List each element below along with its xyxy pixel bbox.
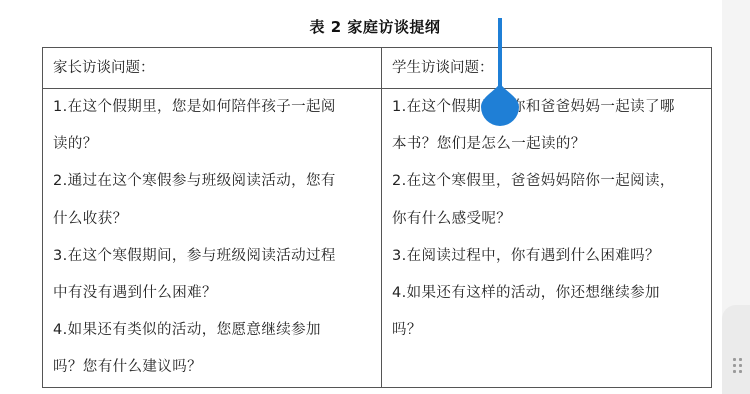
text-line: 1.在这个假期里，您是如何陪伴孩子一起阅: [53, 89, 371, 126]
grip-dots-icon[interactable]: [733, 358, 743, 374]
text-line: 什么收获？: [53, 201, 371, 238]
text-line: 4.如果还有类似的活动，您愿意继续参加: [53, 312, 371, 349]
text-line: 2.通过在这个寒假参与班级阅读活动，您有: [53, 163, 371, 200]
interview-outline-table: 家长访谈问题： 学生访谈问题： 1.在这个假期里，您是如何陪伴孩子一起阅 读的？…: [42, 47, 712, 388]
text-line: 本书？您们是怎么一起读的？: [392, 126, 702, 163]
text-line: 4.如果还有这样的活动，你还想继续参加: [392, 275, 702, 312]
cell-parent-questions: 1.在这个假期里，您是如何陪伴孩子一起阅 读的？ 2.通过在这个寒假参与班级阅读…: [43, 89, 381, 387]
text-line: 3.在阅读过程中，你有遇到什么困难吗？: [392, 238, 702, 275]
text-line: 3.在这个寒假期间，参与班级阅读活动过程: [53, 238, 371, 275]
text-line: 你有什么感受呢？: [392, 201, 702, 238]
text-line: 读的？: [53, 126, 371, 163]
text-line: 2.在这个寒假里，爸爸妈妈陪你一起阅读，: [392, 163, 702, 200]
header-parent-questions: 家长访谈问题：: [43, 48, 381, 88]
text-line: 吗？您有什么建议吗？: [53, 349, 371, 386]
text-selection-handle-icon[interactable]: [481, 82, 519, 126]
text-line: 吗？: [392, 312, 702, 349]
cell-student-questions: 1.在这个假期里，你和爸爸妈妈一起读了哪 本书？您们是怎么一起读的？ 2.在这个…: [382, 89, 712, 387]
edge-panel-tab[interactable]: [722, 305, 750, 394]
header-student-questions: 学生访谈问题：: [382, 48, 712, 88]
text-line: 1.在这个假期里，你和爸爸妈妈一起读了哪: [392, 89, 702, 126]
text-line: 中有没有遇到什么困难？: [53, 275, 371, 312]
table-title: 表 2 家庭访谈提纲: [0, 16, 750, 37]
edge-panel[interactable]: [722, 0, 750, 394]
